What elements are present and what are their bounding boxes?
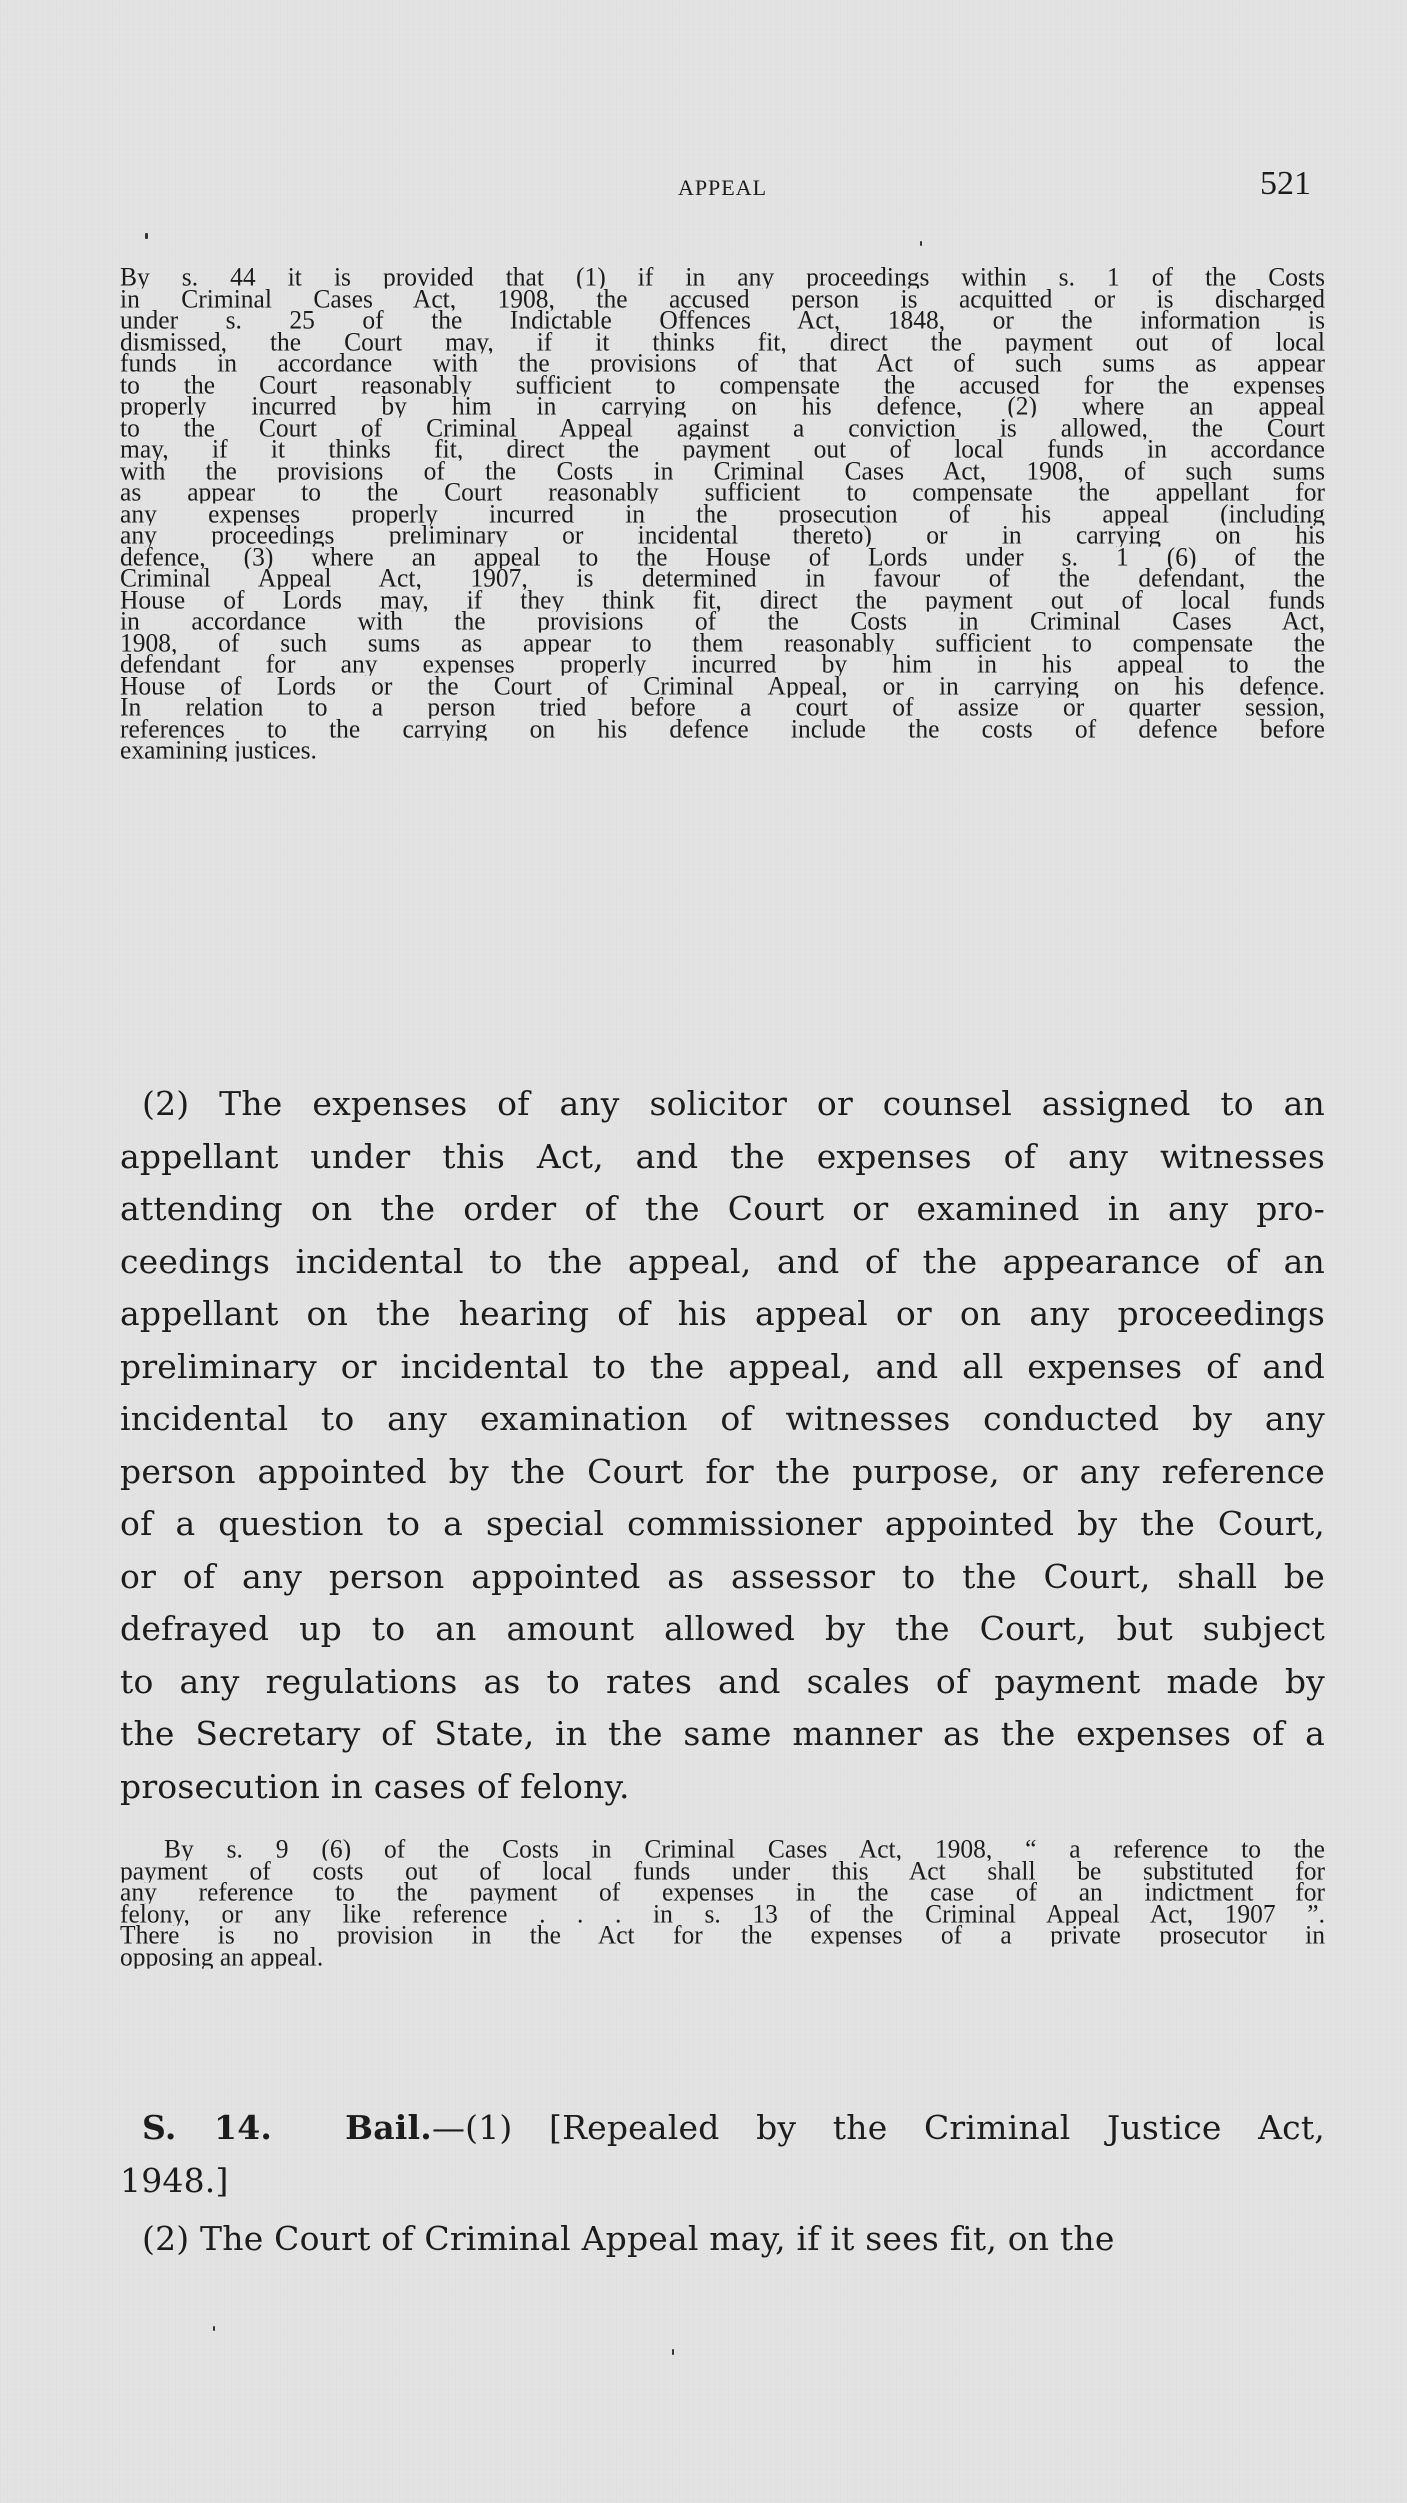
statute-line: person appointed by the Court for the pu…: [120, 1446, 1325, 1499]
statute-line: incidental to any examination of witness…: [120, 1393, 1325, 1446]
statute-subsection-2: (2) The expenses of any solicitor or cou…: [120, 1078, 1325, 1813]
note-line: with the provisions of the Costs in Crim…: [120, 459, 1325, 482]
statute-line: attending on the order of the Court or e…: [120, 1183, 1325, 1236]
note-line: may, if it thinks fit, direct the paymen…: [120, 437, 1325, 460]
note-line: House of Lords may, if they think fit, d…: [120, 588, 1325, 611]
statute-line: preliminary or incidental to the appeal,…: [120, 1341, 1325, 1394]
section-heading: Bail.: [345, 2108, 432, 2147]
note-line: any reference to the payment of expenses…: [120, 1880, 1325, 1903]
note-line: By s. 9 (6) of the Costs in Criminal Cas…: [120, 1837, 1325, 1860]
section-14-bail: S. 14. Bail.—(1) [Repealed by the Crimin…: [120, 2102, 1325, 2266]
note-line: felony, or any like reference . . . in s…: [120, 1902, 1325, 1925]
scan-speck: [213, 2326, 215, 2331]
note-line: any expenses properly incurred in the pr…: [120, 502, 1325, 525]
scan-speck: [920, 241, 922, 246]
running-header: APPEAL 521: [120, 165, 1325, 205]
note-line: examining justices.: [120, 738, 1325, 761]
note-line: to the Court reasonably sufficient to co…: [120, 373, 1325, 396]
note-line: House of Lords or the Court of Criminal …: [120, 674, 1325, 697]
page-number: 521: [1260, 165, 1311, 203]
section-14-heading-line: S. 14. Bail.—(1) [Repealed by the Crimin…: [120, 2102, 1325, 2155]
section-14-repeal-text: —(1) [Repealed by the Criminal Justice A…: [432, 2108, 1325, 2147]
scan-speck: [672, 2349, 674, 2355]
note-line: defence, (3) where an appeal to the Hous…: [120, 545, 1325, 568]
statute-line: appellant under this Act, and the expens…: [120, 1131, 1325, 1184]
note-line: There is no provision in the Act for the…: [120, 1923, 1325, 1946]
statute-line: (2) The expenses of any solicitor or cou…: [120, 1078, 1325, 1131]
section-14-subsection-2-start: (2) The Court of Criminal Appeal may, if…: [120, 2213, 1325, 2266]
section-14-line-2: 1948.]: [120, 2155, 1325, 2208]
note-line: 1908, of such sums as appear to them rea…: [120, 631, 1325, 654]
statute-line: or of any person appointed as assessor t…: [120, 1551, 1325, 1604]
note-line: properly incurred by him in carrying on …: [120, 394, 1325, 417]
statute-line: prosecution in cases of felony.: [120, 1761, 1325, 1814]
note-line: in accordance with the provisions of the…: [120, 609, 1325, 632]
statute-line: appellant on the hearing of his appeal o…: [120, 1288, 1325, 1341]
statute-line: ceedings incidental to the appeal, and o…: [120, 1236, 1325, 1289]
note-line: opposing an appeal.: [120, 1945, 1325, 1968]
note-line: funds in accordance with the provisions …: [120, 351, 1325, 374]
note-line: any proceedings preliminary or incidenta…: [120, 523, 1325, 546]
scan-speck: [145, 233, 148, 239]
note-line: By s. 44 it is provided that (1) if in a…: [120, 265, 1325, 288]
note-line: Criminal Appeal Act, 1907, is determined…: [120, 566, 1325, 589]
note-line: In relation to a person tried before a c…: [120, 695, 1325, 718]
note-line: dismissed, the Court may, if it thinks f…: [120, 330, 1325, 353]
note-line: to the Court of Criminal Appeal against …: [120, 416, 1325, 439]
note-line: payment of costs out of local funds unde…: [120, 1859, 1325, 1882]
statute-line: the Secretary of State, in the same mann…: [120, 1708, 1325, 1761]
statute-line: of a question to a special commissioner …: [120, 1498, 1325, 1551]
note-line: defendant for any expenses properly incu…: [120, 652, 1325, 675]
annotation-note-local-funds: By s. 9 (6) of the Costs in Criminal Cas…: [120, 1838, 1325, 1967]
statute-line: defrayed up to an amount allowed by the …: [120, 1603, 1325, 1656]
section-label: S. 14.: [142, 2108, 272, 2147]
note-line: under s. 25 of the Indictable Offences A…: [120, 308, 1325, 331]
statute-line: to any regulations as to rates and scale…: [120, 1656, 1325, 1709]
note-line: references to the carrying on his defenc…: [120, 717, 1325, 740]
running-title: APPEAL: [120, 175, 1325, 201]
book-page: APPEAL 521 By s. 44 it is provided that …: [0, 0, 1407, 2503]
note-line: as appear to the Court reasonably suffic…: [120, 480, 1325, 503]
note-line: in Criminal Cases Act, 1908, the accused…: [120, 287, 1325, 310]
annotation-note-costs: By s. 44 it is provided that (1) if in a…: [120, 266, 1325, 761]
